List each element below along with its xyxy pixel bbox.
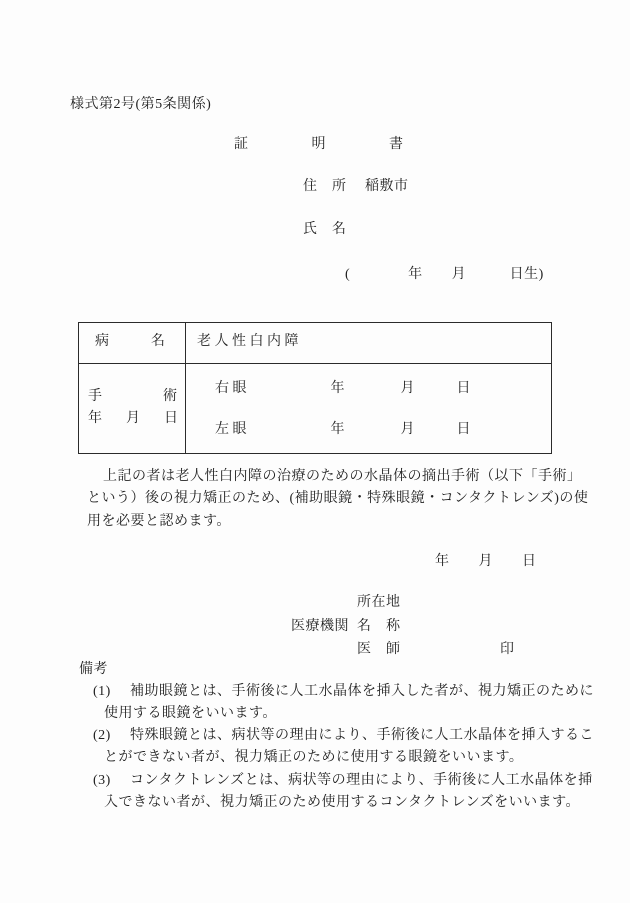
institution-label: 医療機関 (291, 618, 349, 636)
left-eye-date-line: 左 眼 年 月 日 (215, 422, 471, 438)
institution-name-label: 名 称 (357, 618, 401, 636)
document-title: 証 明 書 (234, 136, 405, 154)
location-label: 所在地 (357, 594, 401, 612)
issue-date-line: 年 月 日 (435, 553, 537, 571)
form-number: 様式第2号(第5条関係) (70, 96, 211, 114)
remark-3-line-1: コンタクトレンズとは、病状等の理由により、手術後に人工水晶体を挿 (130, 772, 593, 790)
disease-name-label: 病 名 (95, 334, 165, 350)
table-column-divider (185, 323, 186, 453)
address-value: 稲敷市 (365, 178, 409, 196)
certificate-page: 様式第2号(第5条関係) 証 明 書 住 所 稲敷市 氏 名 ( 年 月 日生)… (0, 0, 630, 903)
surgery-date-label-line1: 手 術 (88, 389, 178, 405)
name-label: 氏 名 (303, 221, 347, 239)
remark-2-line-1: 特殊眼鏡とは、病状等の理由により、手術後に人工水晶体を挿入するこ (130, 727, 594, 745)
statement-line-3: 用を必要と認めます。 (87, 513, 231, 531)
surgery-table: 病 名 老 人 性 白 内 障 手 術 年 月 日 右 眼 年 月 日 左 眼 … (78, 322, 552, 454)
statement-line-2: という）後の視力矯正のため、(補助眼鏡・特殊眼鏡・コンタクトレンズ)の使 (87, 490, 588, 508)
disease-name-value: 老 人 性 白 内 障 (197, 334, 299, 350)
remark-1-number: (1) (93, 683, 111, 701)
remark-2-line-2: とができない者が、視力矯正のために使用する眼鏡をいいます。 (104, 749, 523, 767)
doctor-label: 医 師 (357, 641, 401, 659)
remark-2-number: (2) (93, 727, 111, 745)
address-label: 住 所 (303, 178, 347, 196)
birthdate-line: ( 年 月 日生) (345, 266, 544, 284)
remark-3-number: (3) (93, 772, 111, 790)
seal-label: 印 (500, 641, 515, 659)
remark-3-line-2: 入できない者が、視力矯正のため使用するコンタクトレンズをいいます。 (104, 794, 580, 812)
surgery-date-label-line2: 年 月 日 (88, 411, 183, 427)
statement-line-1: 上記の者は老人性白内障の治療のための水晶体の摘出手術（以下「手術」 (103, 468, 582, 486)
remark-1-line-2: 使用する眼鏡をいいます。 (104, 705, 277, 723)
remark-1-line-1: 補助眼鏡とは、手術後に人工水晶体を挿入した者が、視力矯正のために (130, 683, 594, 701)
right-eye-date-line: 右 眼 年 月 日 (215, 381, 471, 397)
table-row-divider (79, 363, 551, 364)
remarks-heading: 備考 (79, 661, 108, 679)
